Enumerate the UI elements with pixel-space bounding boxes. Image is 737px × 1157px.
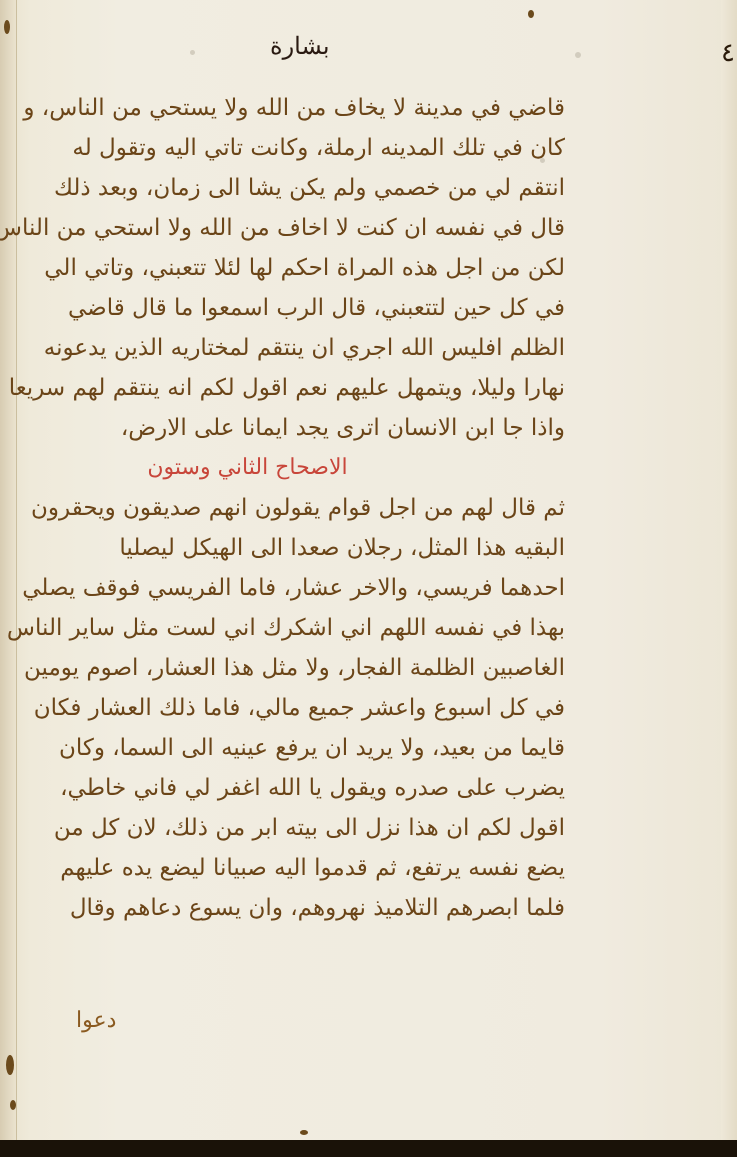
text-line: احدهما فريسي، والاخر عشار، فاما الفريسي …	[40, 568, 565, 608]
text-line: واذا جا ابن الانسان اترى يجد ايمانا على …	[40, 408, 565, 448]
edge-stain	[6, 1055, 14, 1075]
ink-blot	[300, 1130, 308, 1135]
paper-spot	[190, 50, 195, 55]
edge-stain	[10, 1100, 16, 1110]
text-line: البقيه هذا المثل، رجلان صعدا الى الهيكل …	[40, 528, 565, 568]
section-heading: الاصحاح الثاني وستون	[40, 448, 565, 488]
text-line: يضرب على صدره ويقول يا الله اغفر لي فاني…	[40, 768, 565, 808]
text-line: قاضي في مدينة لا يخاف من الله ولا يستحي …	[40, 88, 565, 128]
text-line: انتقم لي من خصمي ولم يكن يشا الى زمان، و…	[40, 168, 565, 208]
text-line: في كل اسبوع واعشر جميع مالي، فاما ذلك ال…	[40, 688, 565, 728]
background-shadow	[0, 1140, 737, 1157]
text-line: الظلم افليس الله اجري ان ينتقم لمختاريه …	[40, 328, 565, 368]
text-line: لكن من اجل هذه المراة احكم لها لئلا تتعب…	[40, 248, 565, 288]
text-line: قايما من بعيد، ولا يريد ان يرفع عينيه ال…	[40, 728, 565, 768]
text-line: فلما ابصرهم التلاميذ نهروهم، وان يسوع دع…	[40, 888, 565, 928]
manuscript-page: ٤ بشارة قاضي في مدينة لا يخاف من الله ول…	[0, 0, 737, 1140]
text-line: يضع نفسه يرتفع، ثم قدموا اليه صبيانا ليض…	[40, 848, 565, 888]
text-line: في كل حين لتتعبني، قال الرب اسمعوا ما قا…	[40, 288, 565, 328]
top-catchword: بشارة	[270, 32, 330, 60]
folio-number: ٤	[721, 38, 735, 68]
edge-stain	[4, 20, 10, 34]
text-line: قال في نفسه ان كنت لا اخاف من الله ولا ا…	[40, 208, 565, 248]
bottom-catchword: دعوا	[76, 1008, 116, 1033]
ink-blot	[528, 10, 534, 18]
text-line: ثم قال لهم من اجل قوام يقولون انهم صديقو…	[40, 488, 565, 528]
page-edge	[721, 0, 737, 1140]
text-line: كان في تلك المدينه ارملة، وكانت تاتي الي…	[40, 128, 565, 168]
text-block: قاضي في مدينة لا يخاف من الله ولا يستحي …	[40, 88, 565, 928]
text-line: الغاصبين الظلمة الفجار، ولا مثل هذا العش…	[40, 648, 565, 688]
text-line: اقول لكم ان هذا نزل الى بيته ابر من ذلك،…	[40, 808, 565, 848]
text-line: نهارا وليلا، ويتمهل عليهم نعم اقول لكم ا…	[40, 368, 565, 408]
binding-gutter	[0, 0, 17, 1140]
paper-spot	[575, 52, 581, 58]
text-line: بهذا في نفسه اللهم اني اشكرك اني لست مثل…	[40, 608, 565, 648]
